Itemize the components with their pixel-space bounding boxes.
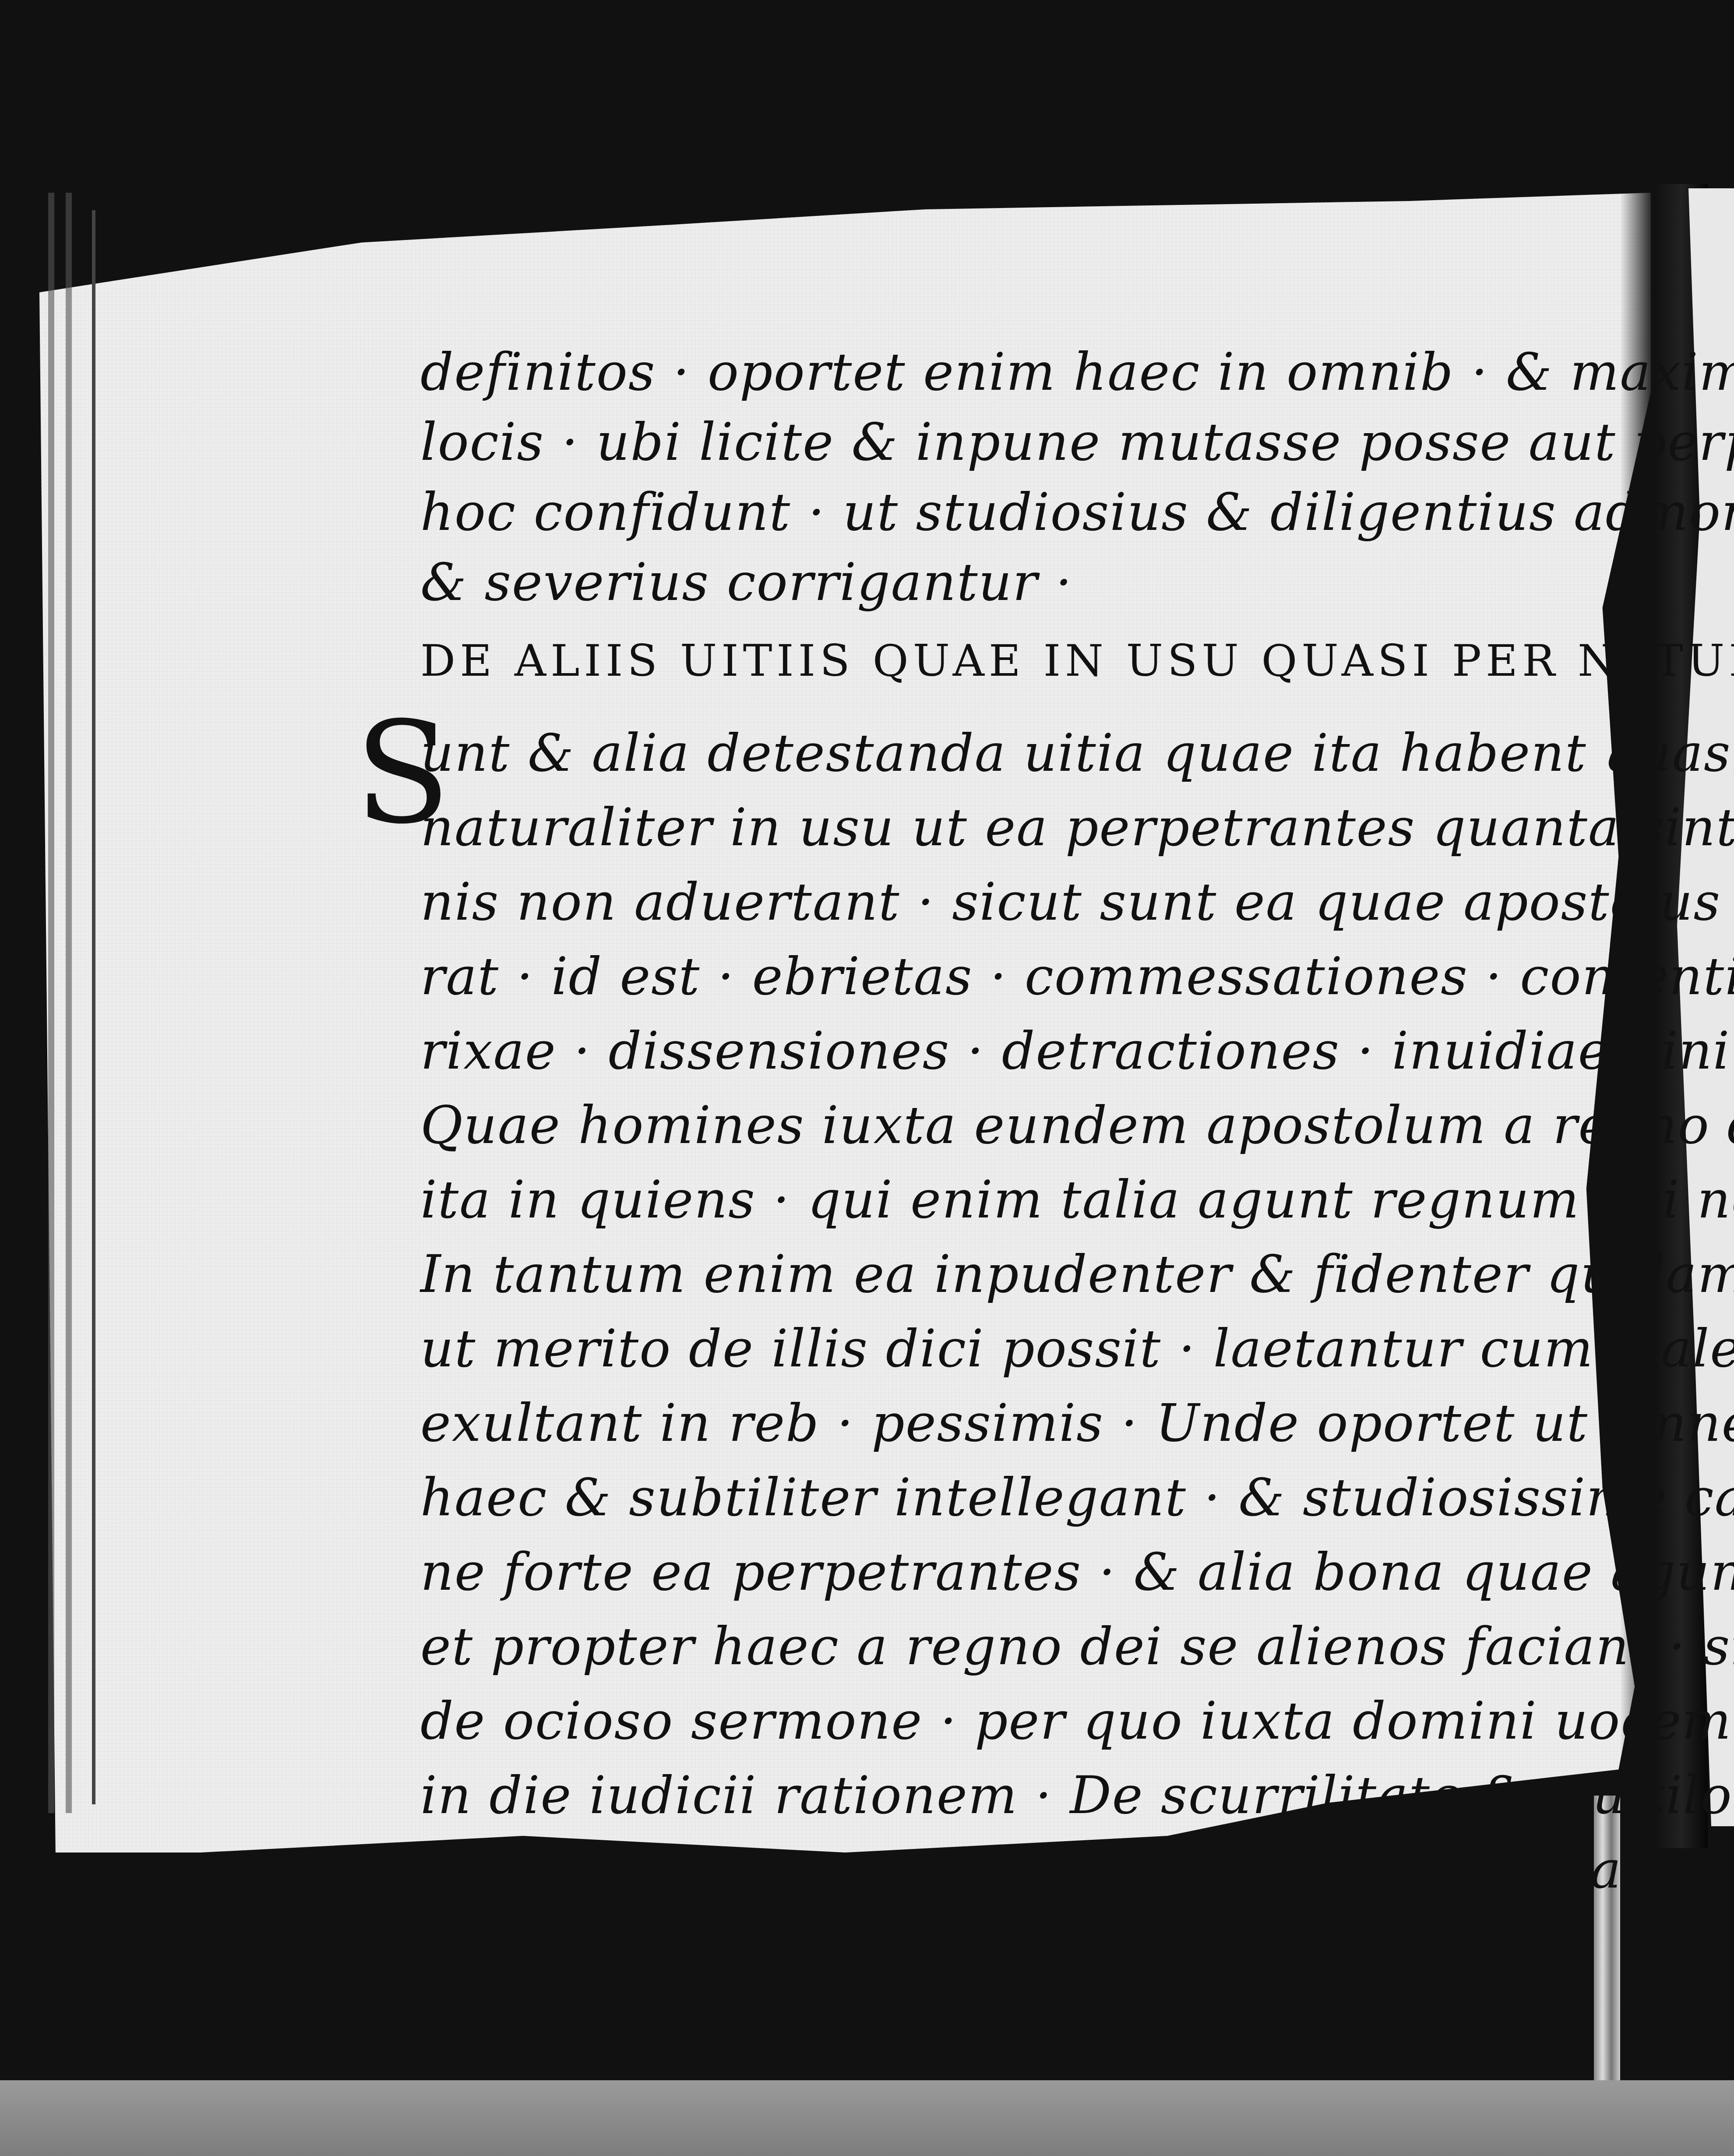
text-line: nis non aduertant · sicut sunt ea quae a… bbox=[420, 872, 1734, 932]
text-line: rat · id est · ebrietas · commessationes… bbox=[420, 946, 1734, 1006]
text-line: haec & subtiliter intellegant · & studio… bbox=[420, 1467, 1734, 1528]
text-line: hoc confidunt · ut studiosius & diligent… bbox=[420, 482, 1734, 542]
text-line: et propter haec a regno dei se alienos f… bbox=[420, 1616, 1734, 1676]
text-line: de ocioso sermone · per quo iuxta domini… bbox=[420, 1690, 1734, 1751]
text-line: in die iudicii rationem · De scurrilitat… bbox=[420, 1765, 1734, 1825]
ruled-margin-line bbox=[92, 210, 95, 1804]
text-line: ut merito de illis dici possit · laetant… bbox=[420, 1318, 1734, 1379]
text-line: exultant in reb · pessimis · Unde oporte… bbox=[420, 1393, 1734, 1453]
text-line: definitos · oportet enim haec in omnib ·… bbox=[420, 342, 1734, 402]
text-line: naturaliter in usu ut ea perpetrantes qu… bbox=[420, 797, 1734, 857]
chapter-heading: DE ALIIS UITIIS QUAE IN USU QUASI PER NA… bbox=[420, 635, 1734, 686]
text-line: In tantum enim ea inpudenter & fidenter … bbox=[420, 1244, 1734, 1304]
text-line: Quae homines iuxta eundem apostolum a re… bbox=[420, 1095, 1734, 1155]
text-line: locis · ubi licite & inpune mutasse poss… bbox=[420, 412, 1734, 472]
binding-edge bbox=[48, 193, 54, 1813]
text-line: maledictionib · quoniam iuxta apostolum … bbox=[420, 1839, 1734, 1900]
text-line: rixae · dissensiones · detractiones · in… bbox=[420, 1020, 1734, 1081]
text-line: & severius corrigantur · bbox=[420, 552, 1073, 612]
text-line: unt & alia detestanda uitia quae ita hab… bbox=[420, 723, 1734, 783]
text-line: ita in quiens · qui enim talia agunt reg… bbox=[420, 1169, 1734, 1230]
scan-border-strip bbox=[0, 2080, 1734, 2156]
binding-edge bbox=[66, 193, 72, 1813]
text-line: ne forte ea perpetrantes · & alia bona q… bbox=[420, 1542, 1734, 1602]
